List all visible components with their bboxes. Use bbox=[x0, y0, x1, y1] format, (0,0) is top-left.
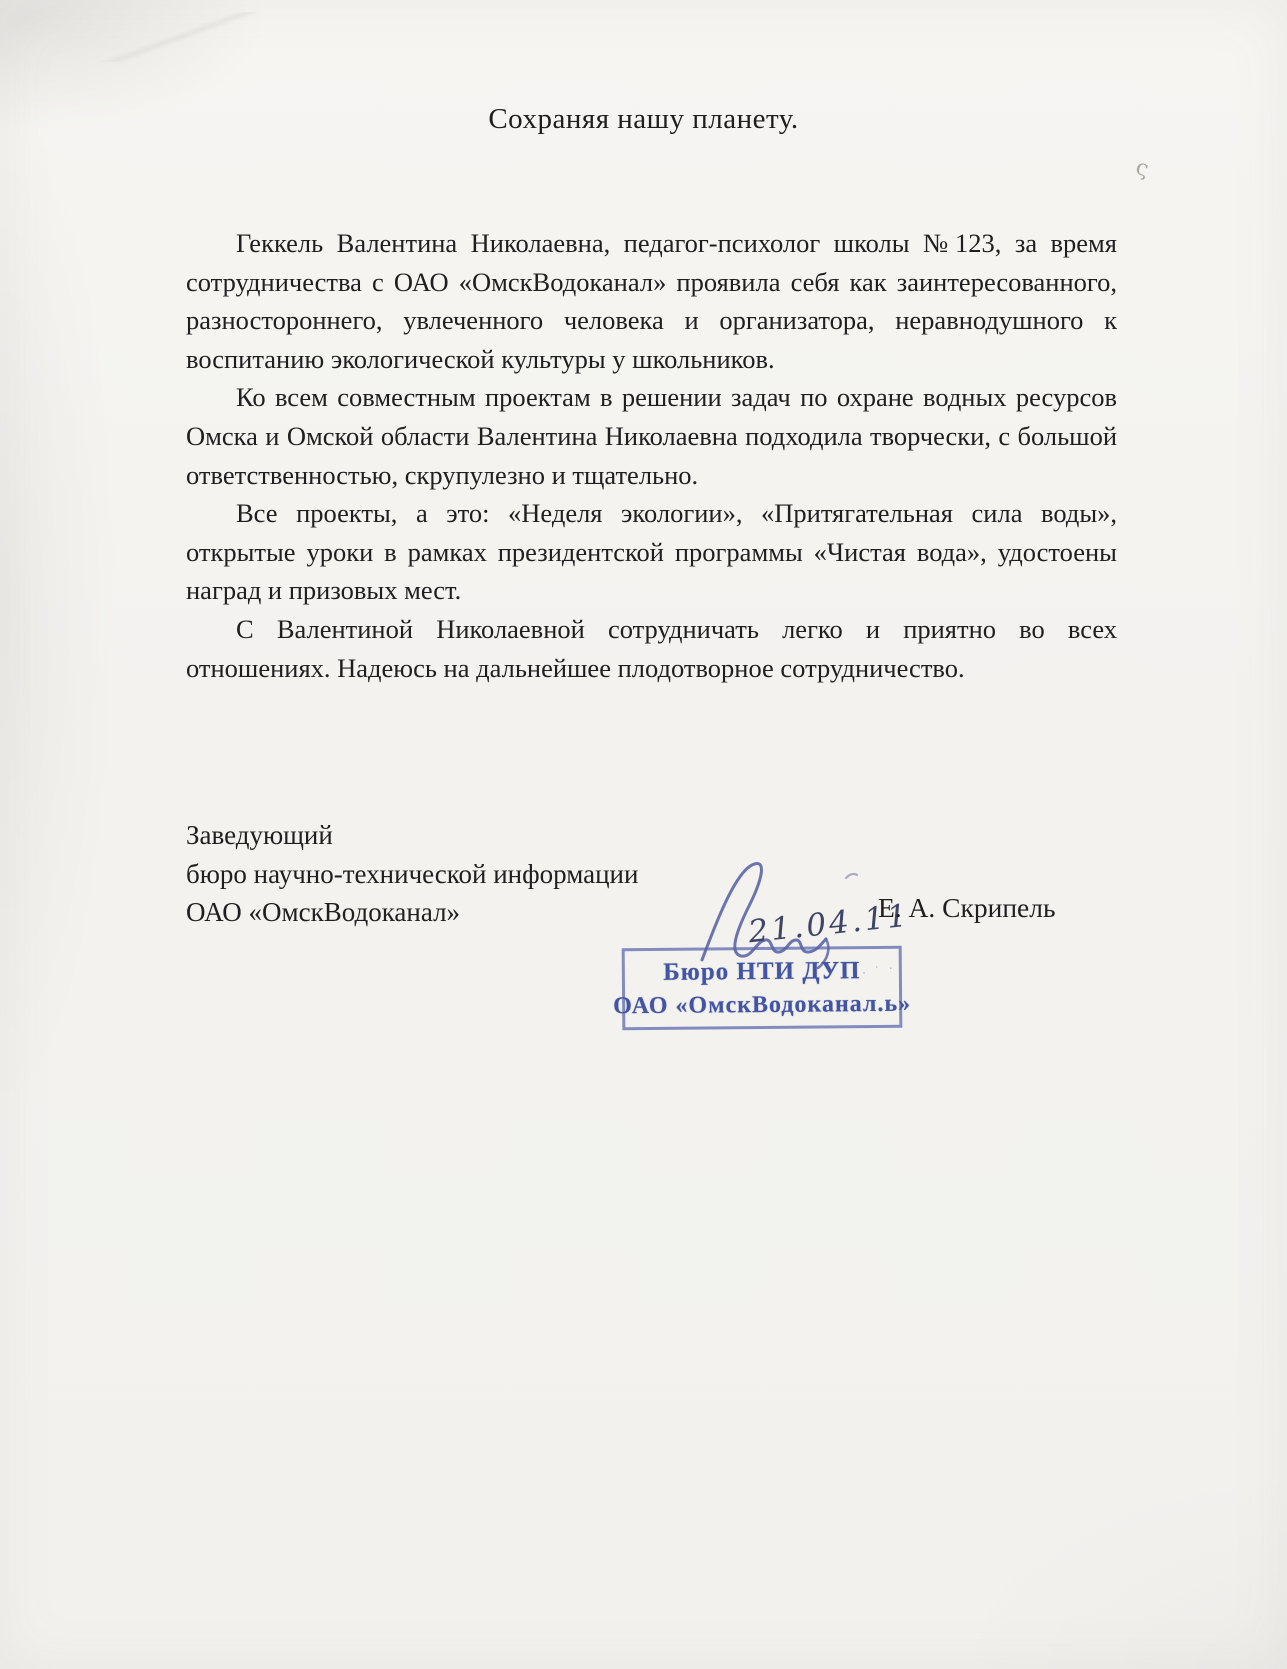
scanned-letter-page: ς Сохраняя нашу планету. Геккель Валенти… bbox=[0, 0, 1287, 1669]
paragraph-3: Все проекты, а это: «Неделя экологии», «… bbox=[186, 494, 1117, 610]
paper-crease bbox=[60, 12, 300, 62]
organization-stamp: Бюро НТИ ДУП ОАО «ОмскВодоканал.ь» bbox=[622, 946, 903, 1030]
signer-position-line2: бюро научно-технической информации bbox=[186, 855, 746, 894]
signature-block: Заведующий бюро научно-технической инфор… bbox=[186, 816, 746, 932]
signer-name: Е. А. Скрипель bbox=[878, 892, 1056, 924]
letter-body: Геккель Валентина Николаевна, педагог-пс… bbox=[186, 224, 1117, 687]
signer-position-line1: Заведующий bbox=[186, 816, 746, 855]
paragraph-1: Геккель Валентина Николаевна, педагог-пс… bbox=[186, 224, 1117, 378]
signer-organization: ОАО «ОмскВодоканал» bbox=[186, 893, 746, 932]
pencil-mark: ς bbox=[1133, 155, 1151, 182]
document-title: Сохраняя нашу планету. bbox=[0, 103, 1287, 136]
stamp-line-1: Бюро НТИ ДУП bbox=[663, 954, 861, 989]
paragraph-4: С Валентиной Николаевной сотрудничать ле… bbox=[186, 610, 1117, 687]
paragraph-2: Ко всем совместным проектам в решении за… bbox=[186, 378, 1117, 494]
stamp-line-2: ОАО «ОмскВодоканал.ь» bbox=[613, 987, 911, 1022]
